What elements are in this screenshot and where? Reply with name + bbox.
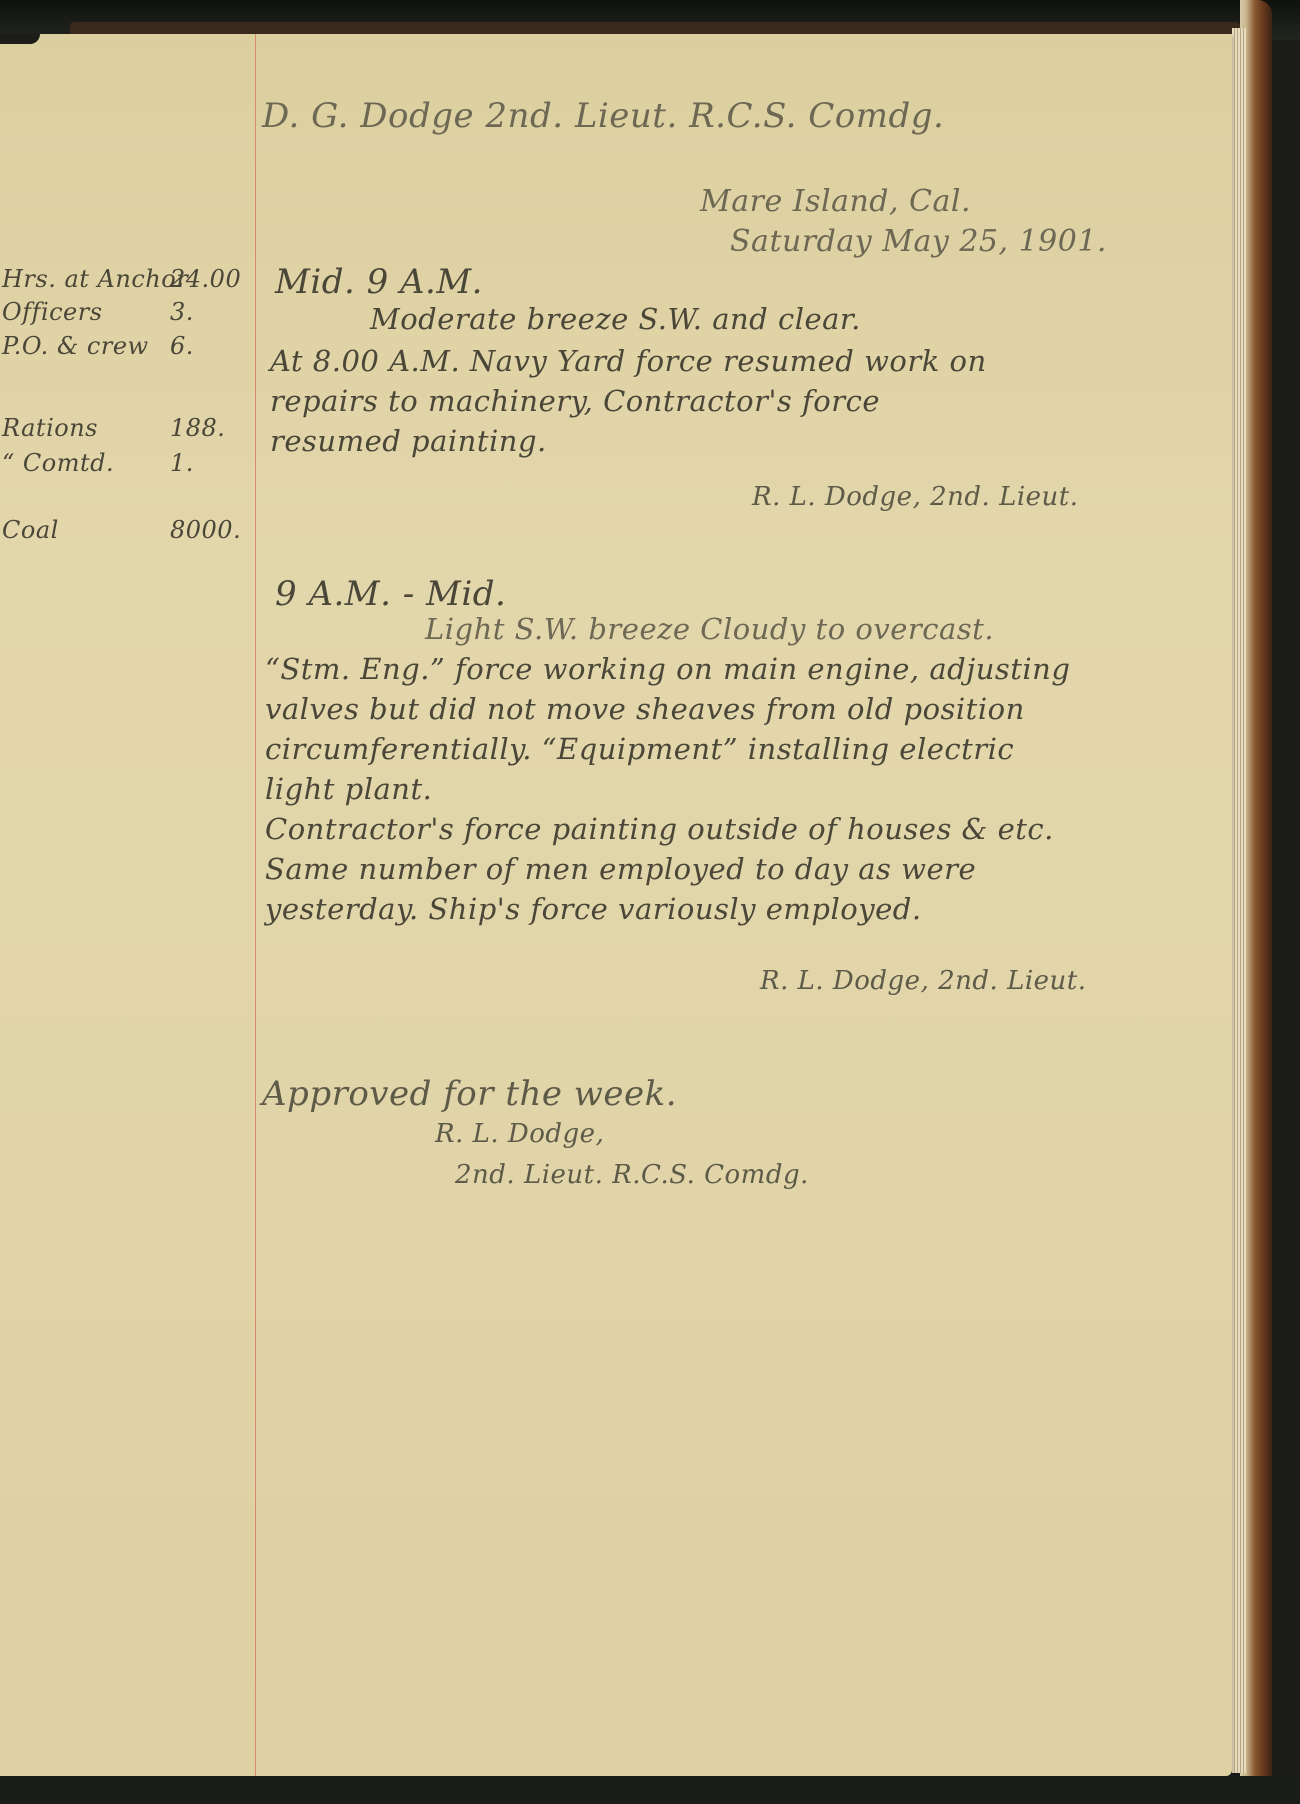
tally-label: Hrs. at Anchor bbox=[2, 265, 188, 293]
tally-label: Rations bbox=[2, 414, 98, 442]
margin-tally: Hrs. at Anchor 24.00 Officers 3. P.O. & … bbox=[0, 34, 255, 1776]
watch-line: circumferentially. “Equipment” installin… bbox=[265, 732, 1014, 766]
location-line: Mare Island, Cal. bbox=[700, 184, 971, 219]
scan-backdrop-bottom bbox=[0, 1776, 1300, 1804]
margin-rule-line bbox=[255, 34, 256, 1776]
watch-line: Contractor's force painting outside of h… bbox=[265, 812, 1054, 846]
tally-value: 6. bbox=[170, 332, 194, 360]
tally-value: 3. bbox=[170, 298, 194, 326]
watch-signature: R. L. Dodge, 2nd. Lieut. bbox=[760, 966, 1087, 996]
tally-value: 1. bbox=[170, 449, 194, 477]
tally-value: 24.00 bbox=[170, 265, 241, 293]
approval-signature-name: R. L. Dodge, bbox=[435, 1119, 604, 1149]
watch-weather: Moderate breeze S.W. and clear. bbox=[370, 302, 861, 336]
logbook-page: Hrs. at Anchor 24.00 Officers 3. P.O. & … bbox=[0, 34, 1232, 1776]
watch-period: 9 A.M. - Mid. bbox=[275, 574, 506, 614]
watch-period: Mid. 9 A.M. bbox=[275, 262, 483, 302]
page-stack-edge bbox=[1232, 28, 1246, 1773]
date-line: Saturday May 25, 1901. bbox=[730, 224, 1107, 259]
tally-label: P.O. & crew bbox=[2, 332, 149, 360]
watch-line: At 8.00 A.M. Navy Yard force resumed wor… bbox=[270, 344, 987, 378]
tally-value: 8000. bbox=[170, 516, 241, 544]
watch-line: yesterday. Ship's force variously employ… bbox=[265, 892, 922, 926]
commander-line: D. G. Dodge 2nd. Lieut. R.C.S. Comdg. bbox=[262, 96, 944, 136]
tally-value: 188. bbox=[170, 414, 225, 442]
tally-label: “ Comtd. bbox=[2, 449, 114, 477]
watch-line: repairs to machinery, Contractor's force bbox=[270, 384, 880, 418]
watch-line: Same number of men employed to day as we… bbox=[265, 852, 976, 886]
watch-signature: R. L. Dodge, 2nd. Lieut. bbox=[752, 482, 1079, 512]
approval-signature-title: 2nd. Lieut. R.C.S. Comdg. bbox=[455, 1160, 809, 1190]
page-corner bbox=[0, 34, 40, 44]
approval-text: Approved for the week. bbox=[262, 1074, 677, 1114]
watch-weather: Light S.W. breeze Cloudy to overcast. bbox=[425, 612, 994, 646]
watch-line: “Stm. Eng.” force working on main engine… bbox=[265, 652, 1070, 686]
watch-line: light plant. bbox=[265, 772, 432, 806]
watch-line: valves but did not move sheaves from old… bbox=[265, 692, 1025, 726]
tally-label: Coal bbox=[2, 516, 59, 544]
watch-line: resumed painting. bbox=[270, 424, 547, 458]
tally-label: Officers bbox=[2, 298, 103, 326]
